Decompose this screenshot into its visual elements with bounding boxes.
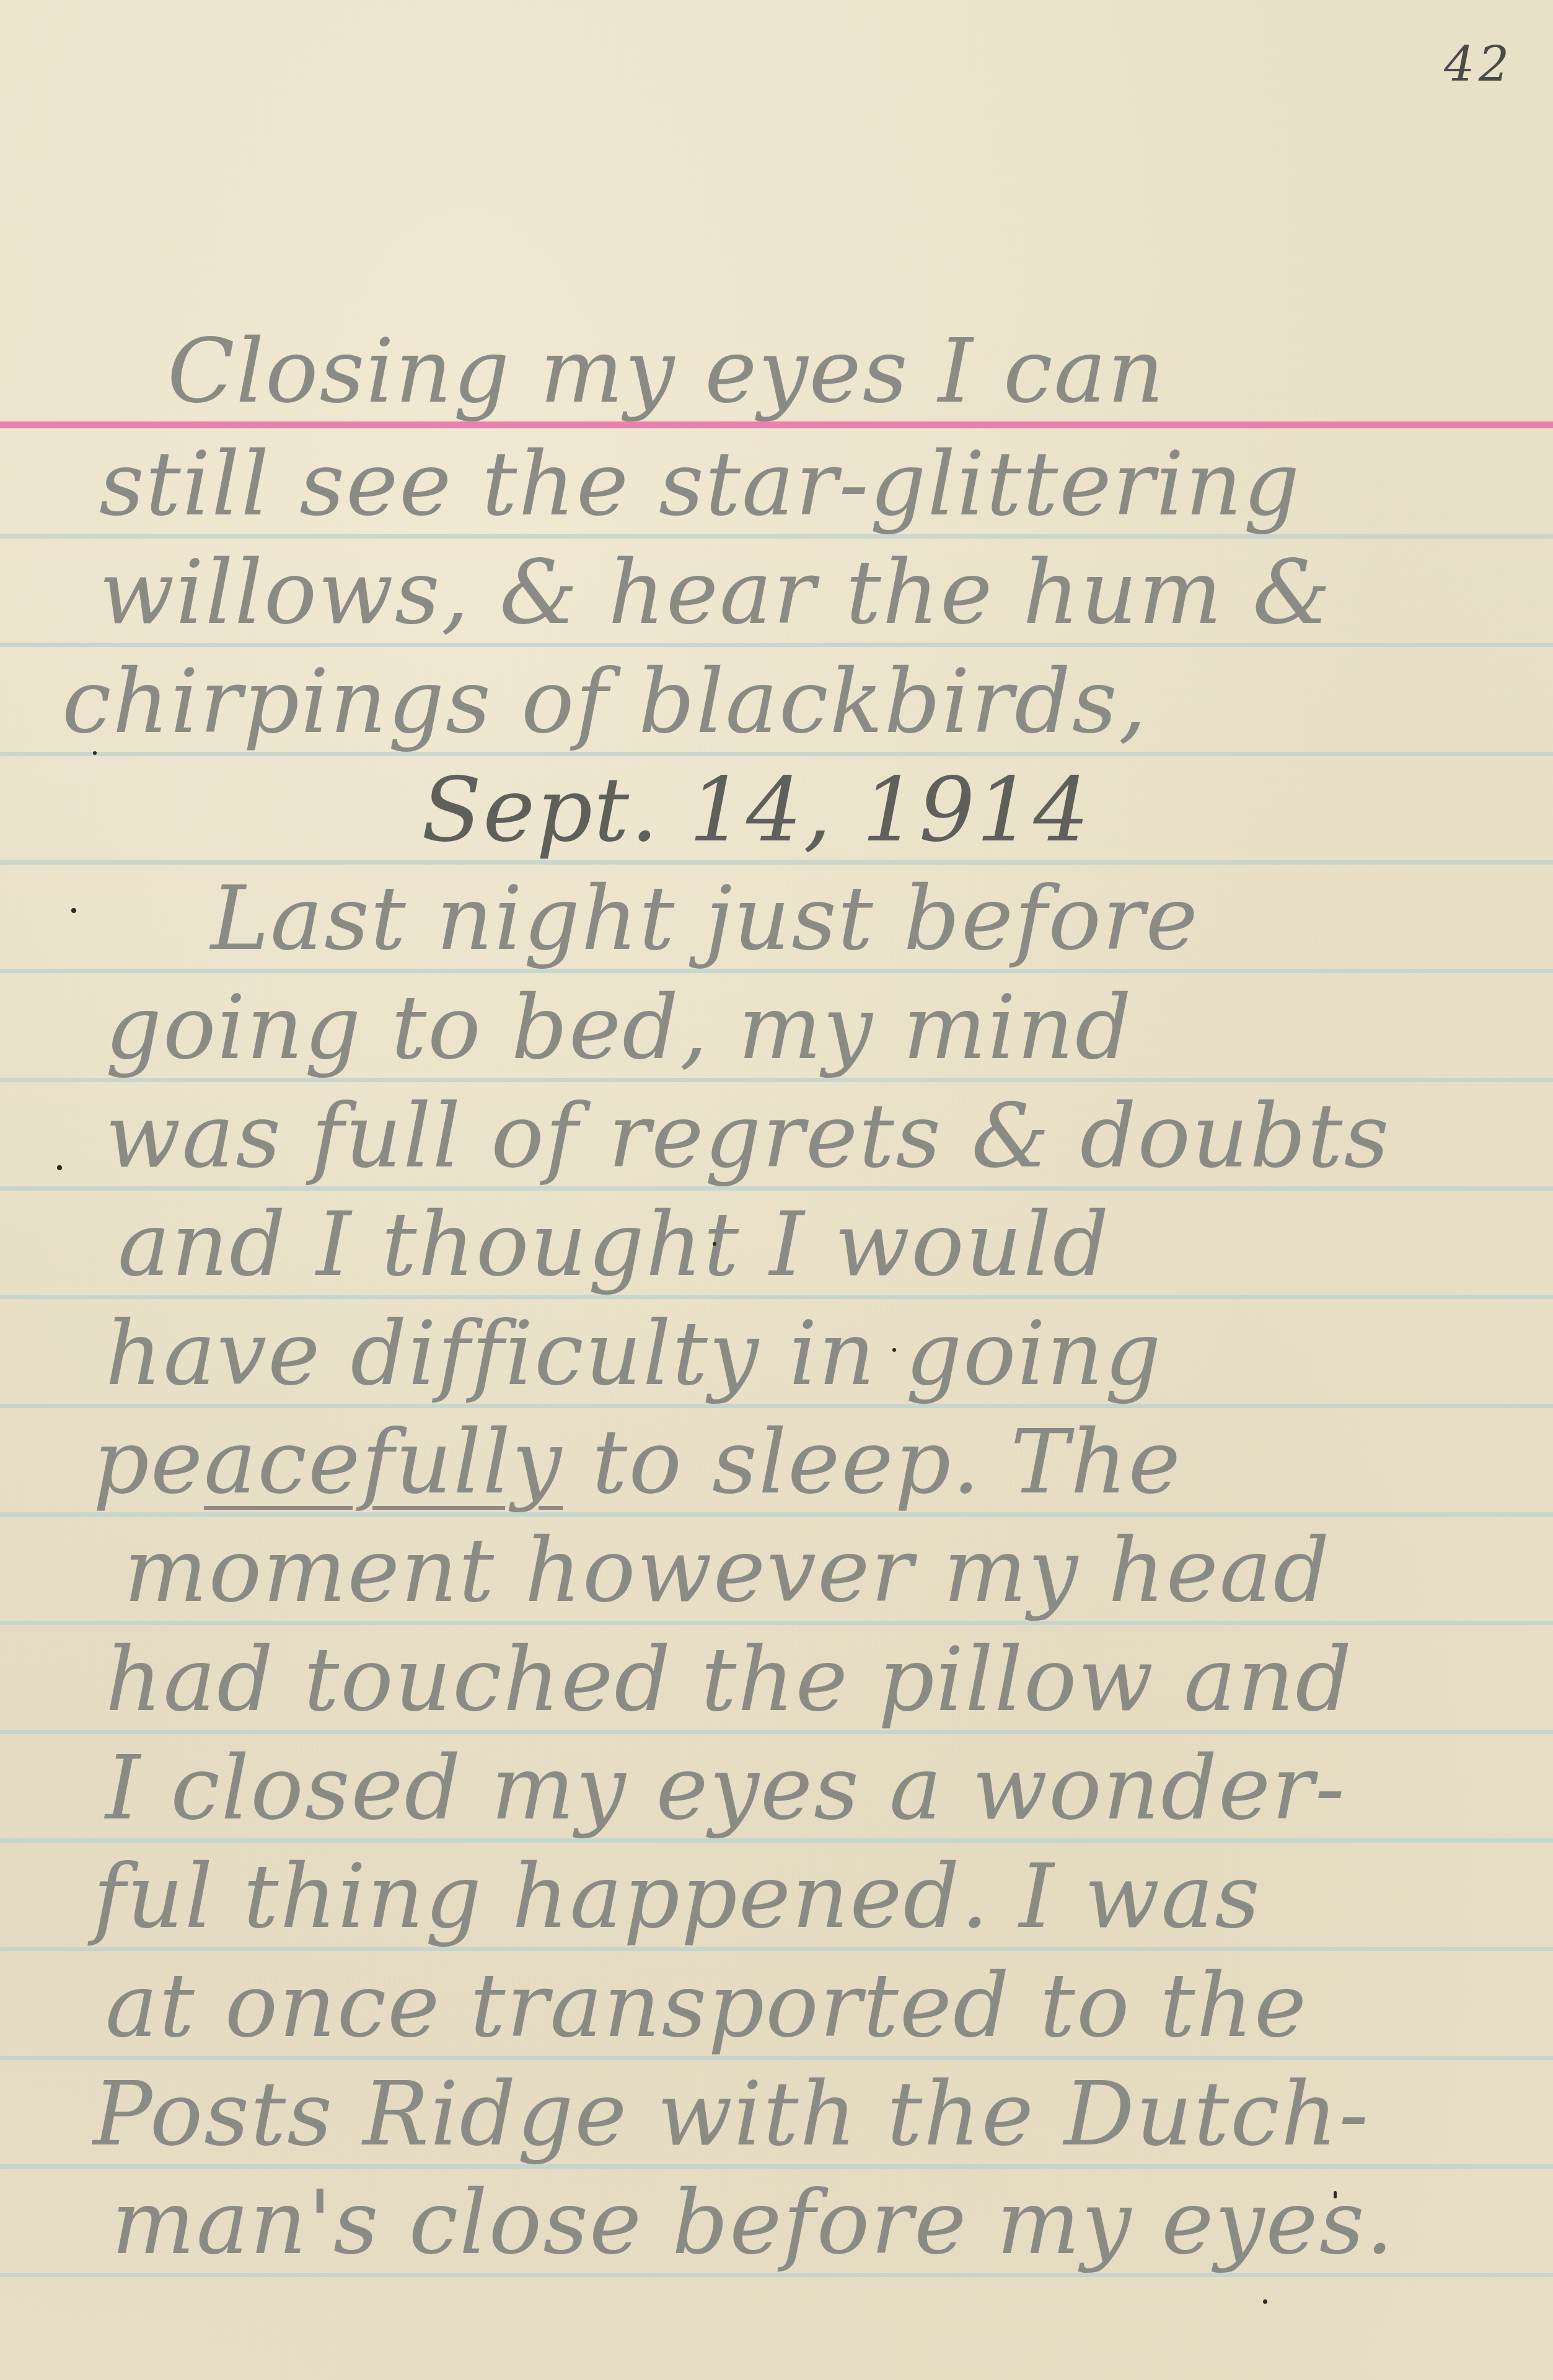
handwritten-line: man's close before my eyes. [0,2187,1553,2286]
paper-speck [1334,2191,1337,2198]
paper-speck [71,908,76,913]
handwritten-line: at once transported to the [0,1970,1553,2069]
date-text: Sept. 14, 1914 [421,761,1091,860]
handwritten-line: Closing my eyes I can [0,336,1553,435]
line-text: at once transported to the [105,1957,1308,2056]
line-text-pre: pe [93,1411,204,1514]
handwritten-line: chirpings of blackbirds, [0,666,1553,765]
line-text: I closed my eyes a wonder- [105,1739,1346,1838]
handwritten-line: I closed my eyes a wonder- [0,1753,1553,1852]
line-text: man's close before my eyes. [112,2174,1395,2273]
entry-date: Sept. 14, 1914 [0,775,1553,874]
line-text: Last night just before [211,870,1199,969]
line-text: still see the star-glittering [99,435,1301,534]
handwritten-line: still see the star-glittering [0,449,1553,548]
underlined-word: acefully [204,1411,563,1514]
line-text: was full of regrets & doubts [105,1087,1390,1186]
handwritten-line: ful thing happened. I was [0,1861,1553,1960]
handwritten-line: have difficulty in going [0,1318,1553,1417]
handwritten-line: had touched the pillow and [0,1644,1553,1743]
line-text: ful thing happened. I was [93,1848,1261,1947]
paper-speck [892,1348,896,1352]
page-number: 42 [1444,37,1513,93]
handwritten-line: and I thought I would [0,1209,1553,1308]
handwritten-line: going to bed, my mind [0,992,1553,1091]
line-text: have difficulty in going [105,1305,1162,1404]
handwritten-line: Posts Ridge with the Dutch- [0,2079,1553,2178]
line-text: Closing my eyes I can [167,322,1166,421]
line-text: had touched the pillow and [105,1631,1353,1730]
handwritten-line: willows, & hear the hum & [0,557,1553,656]
handwritten-line: moment however my head [0,1535,1553,1634]
line-text: willows, & hear the hum & [99,544,1332,643]
paper-speck [57,1165,62,1170]
line-text: going to bed, my mind [105,979,1133,1078]
paper-speck [1263,2299,1267,2304]
line-text: Posts Ridge with the Dutch- [93,2065,1370,2164]
handwritten-line: was full of regrets & doubts [0,1101,1553,1200]
handwritten-line: peacefully to sleep. The [0,1427,1553,1526]
line-text: and I thought I would [118,1196,1110,1295]
line-text: chirpings of blackbirds, [62,653,1148,752]
paper-speck [93,751,97,755]
paper-speck [713,1242,716,1246]
line-text-post: to sleep. The [563,1411,1182,1514]
notebook-page: 42 Closing my eyes I can still see the s… [0,0,1553,2380]
handwritten-line: Last night just before [0,883,1553,982]
line-text: peacefully to sleep. The [93,1413,1182,1512]
line-text: moment however my head [124,1522,1331,1621]
